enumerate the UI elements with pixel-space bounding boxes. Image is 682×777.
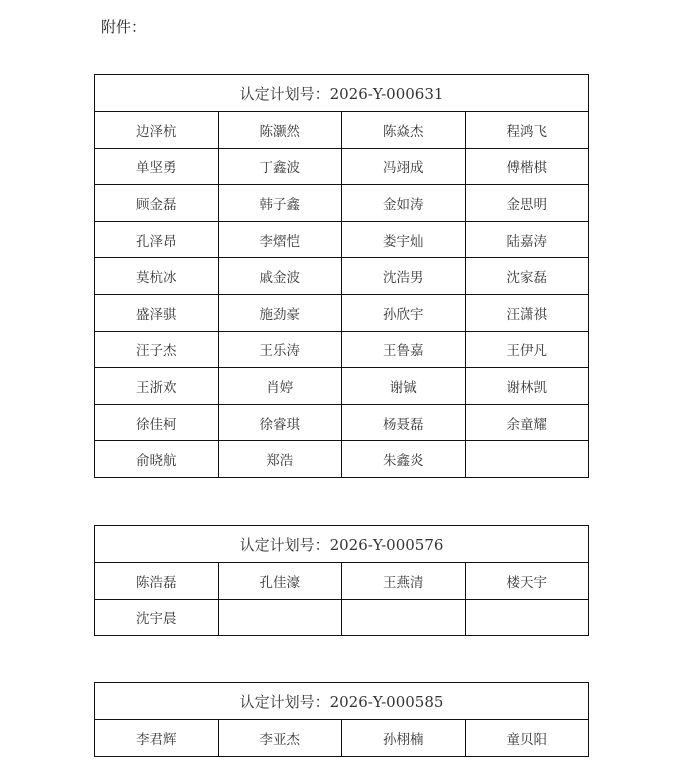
table-header-row: 认定计划号：2026-Y-000576 <box>95 526 589 563</box>
plan-table-000585: 认定计划号：2026-Y-000585 李君辉 李亚杰 孙栩楠 童贝阳 <box>94 682 589 757</box>
name-cell: 王伊凡 <box>465 331 589 368</box>
name-cell: 傅楷棋 <box>465 148 589 185</box>
name-cell: 肖婷 <box>218 368 342 405</box>
name-cell: 孔泽昂 <box>95 221 219 258</box>
name-cell: 谢铖 <box>342 368 466 405</box>
name-cell: 俞晓航 <box>95 441 219 478</box>
attachment-label: 附件： <box>101 17 146 37</box>
name-cell: 韩子鑫 <box>218 185 342 222</box>
name-cell: 沈宇晨 <box>95 599 219 636</box>
name-cell: 汪潇祺 <box>465 294 589 331</box>
table-row: 李君辉 李亚杰 孙栩楠 童贝阳 <box>95 720 589 757</box>
plan-number-header: 认定计划号：2026-Y-000576 <box>95 526 589 563</box>
table-row: 盛泽骐 施劲豪 孙欣宇 汪潇祺 <box>95 294 589 331</box>
name-cell: 童贝阳 <box>465 720 589 757</box>
name-cell: 沈浩男 <box>342 258 466 295</box>
table-row: 沈宇晨 <box>95 599 589 636</box>
name-cell: 戚金波 <box>218 258 342 295</box>
name-cell: 陈浩磊 <box>95 563 219 600</box>
table-row: 边泽杭 陈灏然 陈焱杰 程鸿飞 <box>95 112 589 149</box>
name-cell: 陈焱杰 <box>342 112 466 149</box>
name-cell: 孙栩楠 <box>342 720 466 757</box>
name-cell: 程鸿飞 <box>465 112 589 149</box>
name-cell: 王浙欢 <box>95 368 219 405</box>
name-cell: 徐睿琪 <box>218 404 342 441</box>
name-cell: 沈家磊 <box>465 258 589 295</box>
name-cell: 娄宇灿 <box>342 221 466 258</box>
name-cell: 单坚勇 <box>95 148 219 185</box>
name-cell: 莫杭冰 <box>95 258 219 295</box>
empty-cell <box>342 599 466 636</box>
name-cell: 金思明 <box>465 185 589 222</box>
table-row: 陈浩磊 孔佳濠 王燕清 楼天宇 <box>95 563 589 600</box>
table-row: 徐佳柯 徐睿琪 杨聂磊 余童耀 <box>95 404 589 441</box>
table-row: 孔泽昂 李熠恺 娄宇灿 陆嘉涛 <box>95 221 589 258</box>
name-cell: 李君辉 <box>95 720 219 757</box>
name-cell: 顾金磊 <box>95 185 219 222</box>
name-cell: 孔佳濠 <box>218 563 342 600</box>
name-cell: 杨聂磊 <box>342 404 466 441</box>
name-cell: 金如涛 <box>342 185 466 222</box>
name-cell: 施劲豪 <box>218 294 342 331</box>
name-cell: 边泽杭 <box>95 112 219 149</box>
table-row: 单坚勇 丁鑫波 冯翊成 傅楷棋 <box>95 148 589 185</box>
name-cell: 王燕清 <box>342 563 466 600</box>
name-cell: 盛泽骐 <box>95 294 219 331</box>
name-cell: 王乐涛 <box>218 331 342 368</box>
plan-table-000576: 认定计划号：2026-Y-000576 陈浩磊 孔佳濠 王燕清 楼天宇 沈宇晨 <box>94 525 589 636</box>
name-cell: 冯翊成 <box>342 148 466 185</box>
name-cell: 丁鑫波 <box>218 148 342 185</box>
name-cell: 徐佳柯 <box>95 404 219 441</box>
name-cell: 孙欣宇 <box>342 294 466 331</box>
plan-number-header: 认定计划号：2026-Y-000585 <box>95 683 589 720</box>
name-cell: 楼天宇 <box>465 563 589 600</box>
name-cell: 郑浩 <box>218 441 342 478</box>
empty-cell <box>465 441 589 478</box>
name-cell: 余童耀 <box>465 404 589 441</box>
table-row: 俞晓航 郑浩 朱鑫炎 <box>95 441 589 478</box>
table-row: 顾金磊 韩子鑫 金如涛 金思明 <box>95 185 589 222</box>
name-cell: 陈灏然 <box>218 112 342 149</box>
name-cell: 陆嘉涛 <box>465 221 589 258</box>
empty-cell <box>465 599 589 636</box>
plan-table-000631: 认定计划号：2026-Y-000631 边泽杭 陈灏然 陈焱杰 程鸿飞 单坚勇 … <box>94 74 589 478</box>
name-cell: 汪子杰 <box>95 331 219 368</box>
empty-cell <box>218 599 342 636</box>
table-header-row: 认定计划号：2026-Y-000631 <box>95 75 589 112</box>
name-cell: 李熠恺 <box>218 221 342 258</box>
table-header-row: 认定计划号：2026-Y-000585 <box>95 683 589 720</box>
name-cell: 朱鑫炎 <box>342 441 466 478</box>
name-cell: 王鲁嘉 <box>342 331 466 368</box>
table-row: 王浙欢 肖婷 谢铖 谢林凯 <box>95 368 589 405</box>
table-row: 汪子杰 王乐涛 王鲁嘉 王伊凡 <box>95 331 589 368</box>
plan-number-header: 认定计划号：2026-Y-000631 <box>95 75 589 112</box>
table-row: 莫杭冰 戚金波 沈浩男 沈家磊 <box>95 258 589 295</box>
name-cell: 李亚杰 <box>218 720 342 757</box>
name-cell: 谢林凯 <box>465 368 589 405</box>
